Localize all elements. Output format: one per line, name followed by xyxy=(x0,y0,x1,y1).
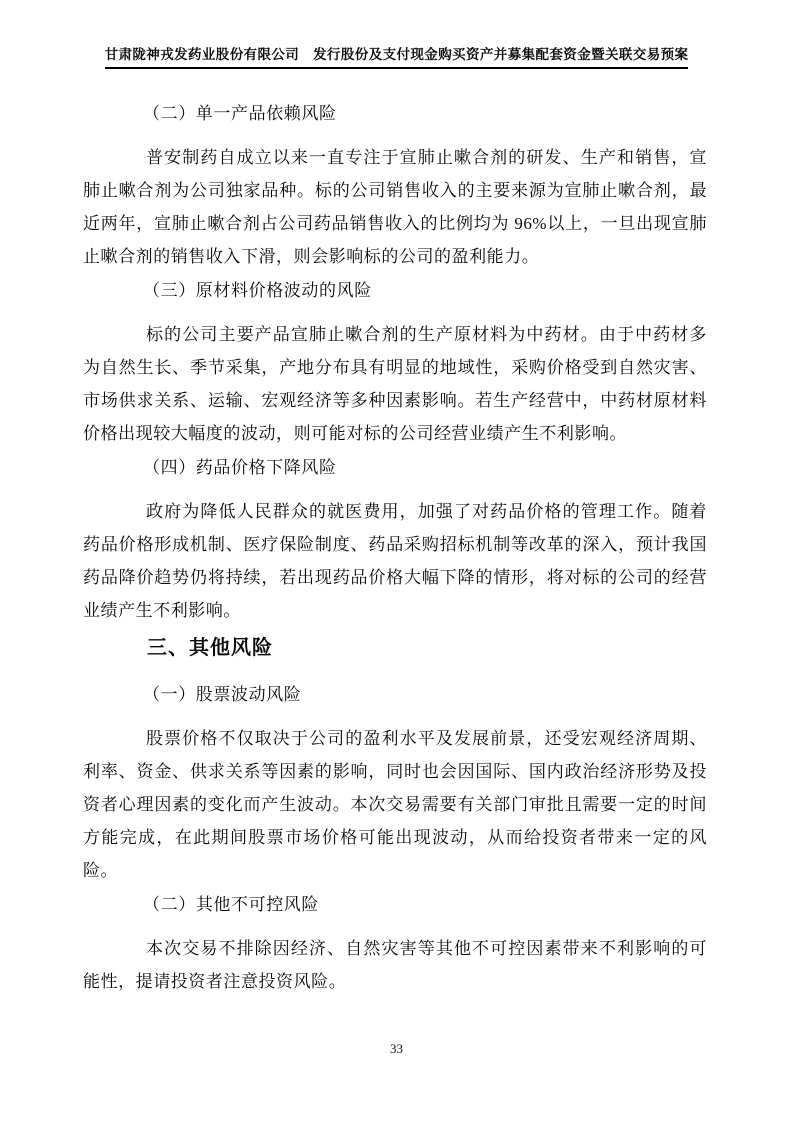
page-number: 33 xyxy=(0,1041,793,1056)
para-drug-price-decline-risk: 政府为降低人民群众的就医费用，加强了对药品价格的管理工作。随着药品价格形成机制、… xyxy=(83,495,707,627)
document-page: 甘肃陇神戎发药业股份有限公司 发行股份及支付现金购买资产并募集配套资金暨关联交易… xyxy=(0,0,793,1122)
heading-single-product-risk: （二）单一产品依赖风险 xyxy=(83,97,707,130)
heading-uncontrollable-risk: （二）其他不可控风险 xyxy=(83,888,707,921)
para-stock-volatility-risk: 股票价格不仅取决于公司的盈利水平及发展前景，还受宏观经济周期、利率、资金、供求关… xyxy=(83,722,707,887)
page-header: 甘肃陇神戎发药业股份有限公司 发行股份及支付现金购买资产并募集配套资金暨关联交易… xyxy=(0,0,793,69)
heading-drug-price-decline-risk: （四）药品价格下降风险 xyxy=(83,451,707,484)
heading-stock-volatility-risk: （一）股票波动风险 xyxy=(83,678,707,711)
para-uncontrollable-risk: 本次交易不排除因经济、自然灾害等其他不可控因素带来不利影响的可能性，提请投资者注… xyxy=(83,932,707,998)
heading-raw-material-price-risk: （三）原材料价格波动的风险 xyxy=(83,274,707,307)
document-header-title: 甘肃陇神戎发药业股份有限公司 发行股份及支付现金购买资产并募集配套资金暨关联交易… xyxy=(105,46,689,69)
chapter-heading-other-risks: 三、其他风险 xyxy=(83,628,707,668)
para-raw-material-price-risk: 标的公司主要产品宣肺止嗽合剂的生产原材料为中药材。由于中药材多为自然生长、季节采… xyxy=(83,318,707,450)
document-body: （二）单一产品依赖风险 普安制药自成立以来一直专注于宣肺止嗽合剂的研发、生产和销… xyxy=(83,97,707,998)
para-single-product-risk: 普安制药自成立以来一直专注于宣肺止嗽合剂的研发、生产和销售，宣肺止嗽合剂为公司独… xyxy=(83,141,707,273)
